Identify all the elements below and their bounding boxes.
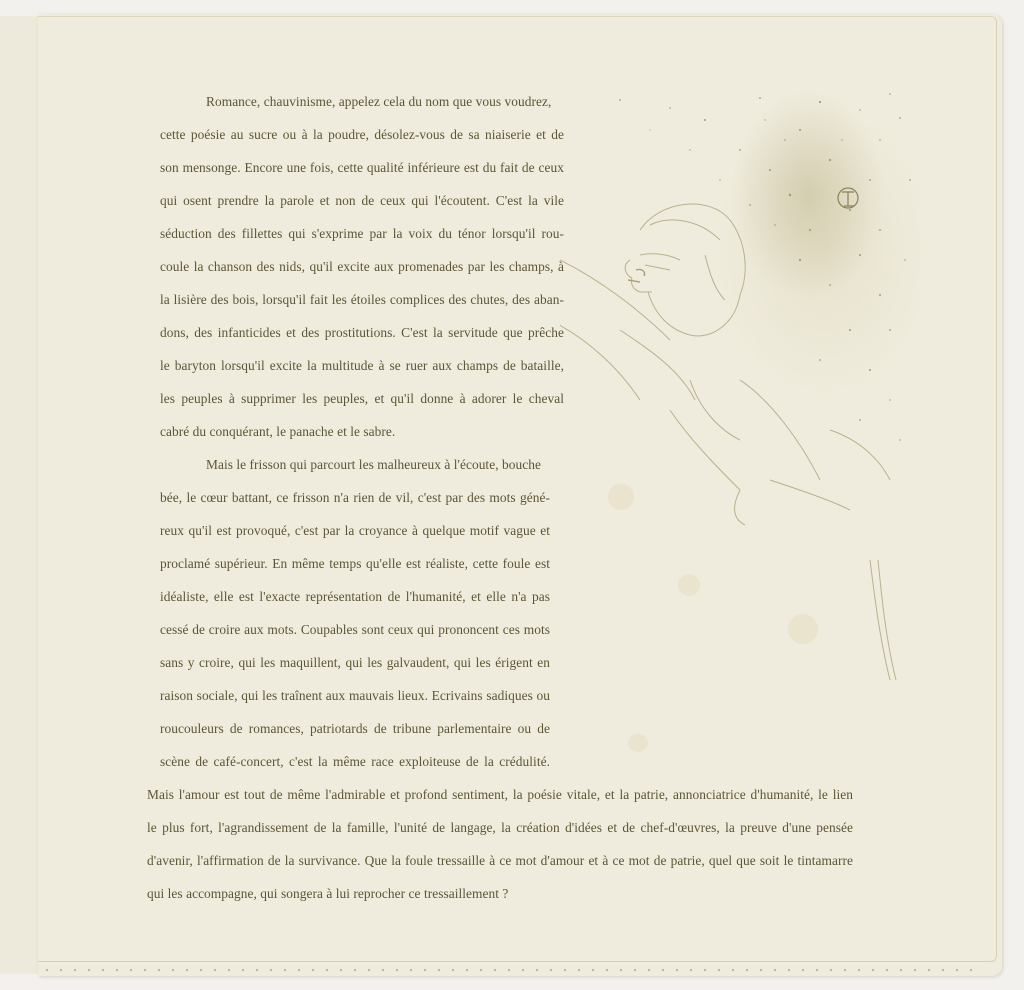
left-page-edge <box>0 16 41 974</box>
paragraph-1-line-5: séduction des fillettes qui s'exprime pa… <box>160 226 564 242</box>
paragraph-2-line-8: raison sociale, qui les traînent aux mau… <box>160 688 550 704</box>
paragraph-1-line-1: Romance, chauvinisme, appelez cela du no… <box>206 94 564 110</box>
paragraph-1-line-9: le baryton lorsqu'il excite la multitude… <box>160 358 564 374</box>
artist-monogram-icon <box>838 188 858 208</box>
paragraph-1-line-8: dons, des infanticides et des prostituti… <box>160 325 564 341</box>
paragraph-1-line-6: coule la chanson des nids, qu'il excite … <box>160 259 564 275</box>
paragraph-2-line-10: scène de café-concert, c'est la même rac… <box>160 754 550 770</box>
paragraph-3-line-2: le plus fort, l'agrandissement de la fam… <box>147 820 853 836</box>
paragraph-1-line-11: cabré du conquérant, le panache et le sa… <box>160 424 564 440</box>
paragraph-3-line-4: qui les accompagne, qui songera à lui re… <box>147 886 853 902</box>
paragraph-2-line-4: proclamé supérieur. En même temps qu'ell… <box>160 556 550 572</box>
paragraph-2-line-2: bée, le cœur battant, ce frisson n'a rie… <box>160 490 550 506</box>
paragraph-2-line-7: sans y croire, qui les maquillent, qui l… <box>160 655 550 671</box>
paper-stain <box>628 734 648 752</box>
page-bottom-deckle <box>40 968 980 972</box>
paragraph-1-line-2: cette poésie au sucre ou à la poudre, dé… <box>160 127 564 143</box>
paragraph-1-line-3: son mensonge. Encore une fois, cette qua… <box>160 160 564 176</box>
paragraph-1-line-4: qui osent prendre la parole et non de ce… <box>160 193 564 209</box>
paragraph-2-line-1: Mais le frisson qui parcourt les malheur… <box>206 457 550 473</box>
paragraph-1-line-10: les peuples à supprimer les peuples, et … <box>160 391 564 407</box>
paragraph-3-line-3: d'avenir, l'affirmation de la survivance… <box>147 853 853 869</box>
paragraph-1-line-7: la lisière des bois, lorsqu'il fait les … <box>160 292 564 308</box>
lithograph-illustration <box>560 80 920 700</box>
paragraph-2-line-6: cessé de croire aux mots. Coupables sont… <box>160 622 550 638</box>
paragraph-3-line-1: Mais l'amour est tout de même l'admirabl… <box>147 787 853 803</box>
paragraph-2-line-5: idéaliste, elle est l'exacte représentat… <box>160 589 550 605</box>
sketch-drawing <box>560 80 920 700</box>
paragraph-2-line-3: reux qu'il est provoqué, c'est par la cr… <box>160 523 550 539</box>
paragraph-2-line-9: roucouleurs de romances, patriotards de … <box>160 721 550 737</box>
